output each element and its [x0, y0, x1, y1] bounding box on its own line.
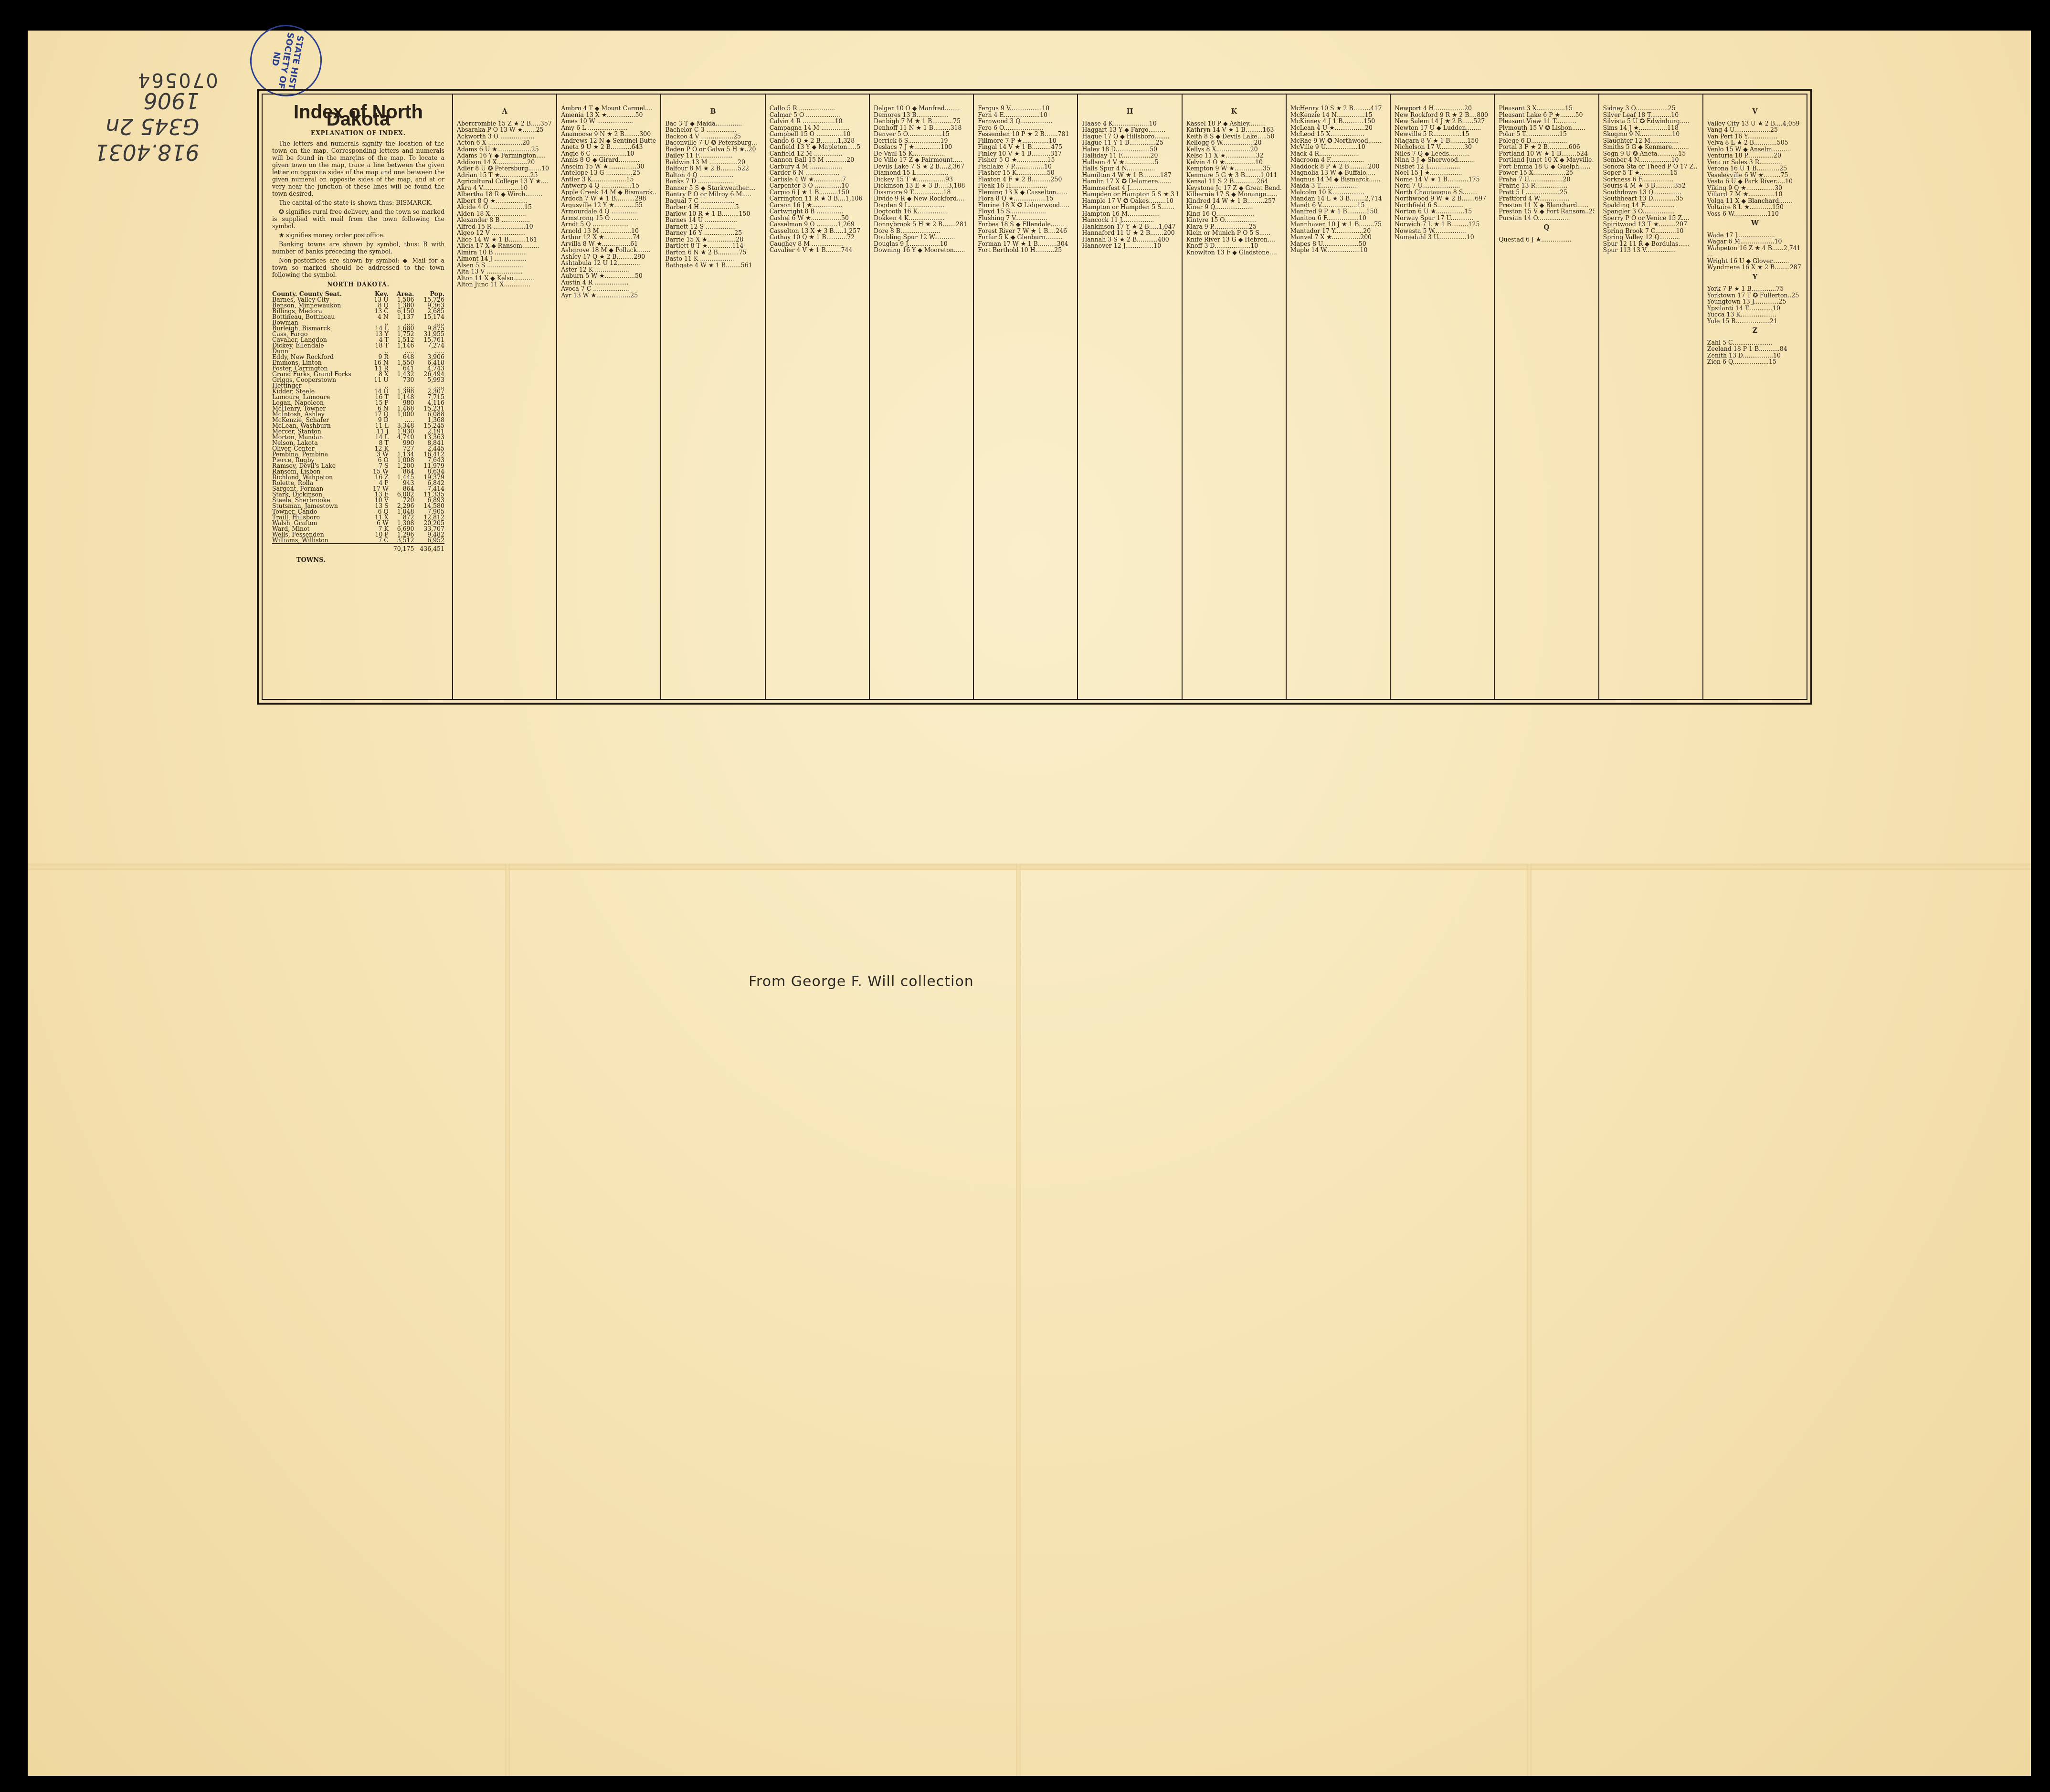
town-entry: York 7 P ★ 1 B.............75 [1707, 285, 1803, 292]
town-entry: New Salem 14 J ★ 2 B......527 [1395, 118, 1490, 125]
town-entry: Dickinson 13 E ★ 3 B.....3,188 [874, 182, 969, 189]
town-entry: Norton 6 U ★...............15 [1395, 208, 1490, 215]
town-entry: Van Pert 16 Y................ [1707, 133, 1803, 140]
town-entry: Nome 14 V ★ 1 B...........175 [1395, 176, 1490, 183]
letter-heading: Q [1499, 225, 1594, 232]
county-row: Williams, Williston7 C3,5126,952 [272, 538, 444, 544]
town-entry: Zeeland 18 P 1 B...........84 [1707, 346, 1803, 352]
town-entry: Haase 4 K...................10 [1082, 120, 1177, 127]
explanation-paragraph: The capital of the state is shown thus: … [272, 199, 444, 206]
town-entry: Niles 7 Q ◆ Leeds........... [1395, 150, 1490, 157]
town-entry: Casselton 13 X ★ 3 B.....1,257 [770, 228, 865, 234]
town-entry: Hannover 12 J...............10 [1082, 242, 1177, 249]
index-column: HHaase 4 K...................10Haggart 1… [1077, 95, 1181, 699]
town-entry: Sogn 9 U ✪ Aneta...........15 [1603, 150, 1699, 157]
town-entry: Ashgrove 18 M ◆ Pollack....... [561, 247, 656, 253]
town-entry: Newport 4 H................20 [1395, 105, 1490, 112]
index-column: Delger 10 O ◆ Manfred........Demores 13 … [869, 95, 973, 699]
town-entry: Hampden or Hampton 5 S ★ 3 B..200 [1082, 191, 1177, 198]
town-entry: Verona 16 U 1 B............25 [1707, 165, 1803, 172]
town-entry: Volga 11 X ◆ Blanchard....... [1707, 198, 1803, 204]
town-entry: Preston 15 V ◆ Fort Ransom..25 [1499, 208, 1594, 215]
town-entry: Doubling Spur 12 W........... [874, 234, 969, 241]
town-entry: Flasher 15 K................50 [978, 169, 1073, 176]
town-entry: North Chautauqua 8 S........ [1395, 189, 1490, 196]
town-entry: Adrian 15 T ★................25 [457, 172, 552, 179]
town-entry: Armstrong 15 O .............. [561, 215, 656, 221]
call-number-line: 918.4031 [95, 139, 200, 165]
town-entry: De Vaul 15 K................. [874, 150, 969, 157]
town-entry: Fergus 9 V.................10 [978, 105, 1073, 112]
town-entry: De Villo 17 Z ◆ Fairmount..... [874, 157, 969, 163]
town-entry: Douglas 9 J.................10 [874, 241, 969, 247]
town-entry: Alicia 17 X ◆ Ransom......... [457, 242, 552, 249]
town-entry: Southheart 13 D............35 [1603, 195, 1699, 202]
town-entry: Cavalier 4 V ★ 1 B........744 [770, 247, 865, 253]
town-entry: Forman 17 W ★ 1 B..........304 [978, 241, 1073, 247]
town-entry: Armourdale 4 Q .............. [561, 208, 656, 215]
town-entry: Callo 5 R ................... [770, 105, 865, 112]
town-entry: Ayr 13 W ★..................25 [561, 292, 656, 299]
town-entry: McVille 9 U.................10 [1290, 144, 1386, 150]
town-entry: Maida 3 T.................... [1290, 182, 1386, 189]
index-column: VValley City 13 U ★ 2 B....4,059Vang 4 U… [1702, 95, 1807, 699]
town-entry: Pleasant View 11 T........... [1499, 118, 1594, 125]
town-entry: Campagna 14 M ............... [770, 125, 865, 131]
town-entry: Ypsilanti 14 T.............10 [1707, 305, 1803, 312]
town-entry: Acton 6 X ..................20 [457, 139, 552, 146]
town-entry: Alice 14 W ★ 1 B.........161 [457, 236, 552, 243]
town-entry: Caughey 8 M ................. [770, 241, 865, 247]
town-entry: Akra 4 V....................10 [457, 185, 552, 191]
town-entry: Northwood 9 W ★ 2 B.......697 [1395, 195, 1490, 202]
explanation-paragraph: ✪ signifies rural free delivery, and the… [272, 208, 444, 230]
town-entry: Casselman 9 O ...........1,269 [770, 221, 865, 228]
town-entry: Spur 12 11 R ◆ Bordulas...... [1603, 241, 1699, 247]
town-entry: Manvel 7 X ★...............200 [1290, 234, 1386, 241]
index-column: Fergus 9 V.................10Fern 4 E...… [973, 95, 1077, 699]
town-entry: Dogtooth 16 K................ [874, 208, 969, 215]
towns-heading: TOWNS. [272, 557, 349, 564]
town-entry: Anamoose 9 N ★ 2 B........300 [561, 131, 656, 137]
town-entry: Venturia 18 P..............20 [1707, 152, 1803, 159]
town-entry: Zenith 13 D................10 [1707, 352, 1803, 359]
town-entry: Mandan 14 L ★ 3 B........2,714 [1290, 195, 1386, 202]
town-entry: Baden P O or Galva 5 H ★..20 [665, 146, 761, 153]
town-entry: Deslacs 7 J ★..............100 [874, 144, 969, 150]
town-entry: Manfred 9 P ★ 1 B..........150 [1290, 208, 1386, 215]
town-entry: Forfar 5 K ◆ Glenburn......... [978, 234, 1073, 241]
town-entry: Preston 11 X ◆ Blanchard...... [1499, 202, 1594, 209]
town-entry: Hancock 11 J................. [1082, 217, 1177, 223]
town-entry: McRae 9 W ✪ Northwood....... [1290, 137, 1386, 144]
town-entry: Hammerfest 4 J............... [1082, 185, 1177, 191]
town-entry: Maddock 8 P ★ 2 B..........200 [1290, 163, 1386, 170]
town-entry: Questad 6 J ★................ [1499, 236, 1594, 243]
index-intro-column: Index of North Dakota EXPLANATION OF IND… [263, 95, 452, 699]
town-entry: Voltaire 8 L ★............150 [1707, 204, 1803, 211]
town-entry: Fernwood 3 Q................. [978, 118, 1073, 125]
town-entry: McKenzie 14 N...............15 [1290, 112, 1386, 118]
town-entry: Canfield 12 M ............... [770, 150, 865, 157]
explanation-paragraph: Banking towns are shown by symbol, thus:… [272, 241, 444, 255]
town-entry: Malcolm 10 K................. [1290, 189, 1386, 196]
town-entry: Abercrombie 15 Z ★ 2 B.....357 [457, 120, 552, 127]
town-entry: Canfield 13 Y ◆ Mapleton.....5 [770, 144, 865, 150]
town-entry: Voss 6 W..................110 [1707, 211, 1803, 217]
town-entry: Barton 6 N ★ 2 B...........75 [665, 249, 761, 256]
town-entry: Bartlett 8 T ★.............114 [665, 242, 761, 249]
town-entry: Spring Brook 7 C...........10 [1603, 228, 1699, 234]
town-entry: Fort Berthold 10 H..........25 [978, 247, 1073, 253]
total-pop: 436,451 [414, 544, 444, 552]
town-entry: Hague 17 O ◆ Hillsboro........ [1082, 133, 1177, 140]
total-area: 70,175 [389, 544, 414, 552]
town-entry: Barney 16 Y ................25 [665, 230, 761, 236]
town-entry: Balton 4 Q .................. [665, 172, 761, 179]
town-entry: Mandt 6 V...................15 [1290, 202, 1386, 209]
town-entry: Keystone Jc 17 Z ◆ Great Bend. [1186, 185, 1282, 191]
town-entry: Silver Leaf 18 T...........10 [1603, 112, 1699, 118]
index-inner-frame: Index of North Dakota EXPLANATION OF IND… [262, 94, 1807, 700]
town-entry: Ashtabula 12 U 12............ [561, 260, 656, 266]
town-entry: Northfield 6 S.............. [1395, 202, 1490, 209]
town-entry: Mantador 17 Y...............20 [1290, 228, 1386, 234]
town-entry: Bantry P O or Milroy 6 M..... [665, 191, 761, 198]
town-entry: Amenia 13 X ★...............50 [561, 112, 656, 118]
town-entry: Alta 13 V ................... [457, 268, 552, 275]
town-entry: Avoca 7 C ................... [561, 285, 656, 292]
town-entry: Antelope 13 G ..............25 [561, 169, 656, 176]
town-entry: Kassel 18 P ◆ Ashley......... [1186, 120, 1282, 127]
town-entry: Kintyre 15 O................. [1186, 217, 1282, 223]
letter-heading: H [1082, 109, 1177, 116]
town-entry: Veseleyville 6 W ★.........75 [1707, 172, 1803, 179]
town-entry: Pursian 14 O................. [1499, 215, 1594, 221]
town-entry: Halls Spur 4 N............... [1082, 165, 1177, 172]
fold-line-horizontal [28, 864, 2031, 870]
town-entry: Cartwright 8 B .............. [770, 208, 865, 215]
fold-line-vertical [1016, 864, 1021, 1776]
town-entry: Wright 16 U ◆ Glover......... [1707, 258, 1803, 264]
town-entry: Knoff 3 D...................10 [1186, 242, 1282, 249]
town-entry: Kindred 14 W ★ 1 B.........257 [1186, 198, 1282, 204]
town-entry: Alexander 8 B ............... [457, 217, 552, 223]
town-entry: Newville 5 R...............15 [1395, 131, 1490, 137]
town-entry: Bachelor C 3 ................ [665, 126, 761, 133]
town-entry: Almira 10 B ................. [457, 249, 552, 256]
town-entry: Fleming 13 X ◆ Casselton...... [978, 189, 1073, 196]
letter-heading: Z [1707, 328, 1803, 335]
town-entry: Carpenter 3 O ..............10 [770, 182, 865, 189]
explanation-paragraph: ★ signifies money order postoffice. [272, 232, 444, 239]
town-entry: Yucca 13 K................... [1707, 311, 1803, 318]
town-entry: Amy 6 L ..................... [561, 125, 656, 131]
town-entry: Divide 9 R ◆ New Rockford.... [874, 195, 969, 202]
town-entry: Cashel 6 W ★................50 [770, 215, 865, 221]
town-entry: Fessenden 10 P ★ 2 B.......781 [978, 131, 1073, 137]
town-columns: AAbercrombie 15 Z ★ 2 B.....357Absaraka … [452, 95, 1807, 699]
town-entry: Sidney 3 Q.................25 [1603, 105, 1699, 112]
town-entry: Carrington 11 R ★ 3 B....1,106 [770, 195, 865, 202]
town-entry: Cathay 10 Q ★ 1 B...........72 [770, 234, 865, 241]
town-entry: Knife River 13 G ◆ Hebron.... [1186, 236, 1282, 243]
town-entry: Bac 3 T ◆ Maida.............. [665, 120, 761, 127]
town-entry: Denbigh 7 M ★ 1 B...........75 [874, 118, 969, 125]
county-row: Dickey, Ellendale18 T1,1467,274 [272, 343, 444, 348]
town-entry: Baldwin 13 M ...............20 [665, 159, 761, 166]
town-entry: Alton 11 X ◆ Kelso........... [457, 275, 552, 282]
town-entry: Port Emma 18 U ◆ Guelph...... [1499, 163, 1594, 170]
index-column: McHenry 10 S ★ 2 B.........417McKenzie 1… [1286, 95, 1390, 699]
town-entry: Zahl 5 C..................... [1707, 339, 1803, 346]
town-entry: Hamlin 17 X ✪ Delamere....... [1082, 178, 1177, 185]
town-entry: Baqual 7 C .................. [665, 198, 761, 204]
town-entry: Kellys 8 X..................20 [1186, 146, 1282, 153]
town-entry: Power 15 X.................25 [1499, 169, 1594, 176]
index-column: Pleasant 3 X...............15Pleasant La… [1494, 95, 1598, 699]
town-entry: Forest River 7 W ★ 1 B....246 [978, 228, 1073, 234]
town-entry: Arnold 13 M ................10 [561, 228, 656, 234]
town-entry: Balfour 8 M ★ 2 B.........522 [665, 165, 761, 172]
town-entry: Hannah 3 S ★ 2 B...........400 [1082, 236, 1177, 243]
town-entry: Almont 14 J ................. [457, 255, 552, 262]
town-entry: Kensal 11 S 2 B............264 [1186, 178, 1282, 185]
town-entry: McLeod 15 X.................. [1290, 131, 1386, 137]
town-entry: Alden 18 X................... [457, 211, 552, 217]
town-entry: Spur 113 13 V................ [1603, 247, 1699, 253]
town-entry: Denhoff 11 N ★ 1 B.........318 [874, 125, 969, 131]
town-entry: Arvilla 8 W ★...............61 [561, 241, 656, 247]
stamp-text: STATE HIST SOCIETY OF ND [265, 24, 306, 97]
town-entry: Praha 7 U..................20 [1499, 176, 1594, 183]
town-entry: Barrie 15 X ★...............28 [665, 236, 761, 243]
town-entry: Carson 16 J ★................ [770, 202, 865, 209]
fold-line-vertical [1527, 864, 1532, 1776]
town-entry: Dogden 9 L................... [874, 202, 969, 209]
town-entry: Klein or Munich P O 5 S...... [1186, 230, 1282, 236]
town-entry: Ardoch 7 W ★ 1 B..........298 [561, 195, 656, 202]
town-entry: Skogmo 9 N.................10 [1603, 131, 1699, 137]
town-entry: Fero 6 O..................... [978, 125, 1073, 131]
town-entry: Viking 9 Q ★...............30 [1707, 185, 1803, 191]
town-entry: Manitou 6 F.................10 [1290, 215, 1386, 221]
town-entry: Antwerp 4 Q ................15 [561, 182, 656, 189]
town-entry: Dore 8 B..................... [874, 228, 969, 234]
town-entry: Numedahl 3 U...............10 [1395, 234, 1490, 241]
town-entry: Southdown 13 Q............... [1603, 189, 1699, 196]
town-entry: Wade 17 J.................... [1707, 232, 1803, 239]
letter-heading: Y [1707, 274, 1803, 281]
town-entry: Banner 5 S ◆ Starkweather.... [665, 185, 761, 191]
town-entry: Donnybrook 5 H ★ 2 B.......281 [874, 221, 969, 228]
town-entry: Backoo 4 V .................25 [665, 133, 761, 140]
town-entry: Barber 4 H ..................5 [665, 204, 761, 211]
town-entry: Flora 8 Q ★.................15 [978, 195, 1073, 202]
town-entry: New Rockford 9 R ★ 2 B....800 [1395, 112, 1490, 118]
accession-number: 070564 [137, 69, 218, 91]
town-entry: Valley City 13 U ★ 2 B....4,059 [1707, 120, 1803, 127]
town-entry: Norway Spur 17 U............ [1395, 215, 1490, 221]
town-entry: Hankinson 17 Y ★ 2 B.....1,047 [1082, 223, 1177, 230]
town-entry: Flaxton 4 F ★ 2 B..........250 [978, 176, 1073, 183]
town-entry: Portland Junct 10 X ◆ Mayville. [1499, 157, 1594, 163]
index-column: Ambro 4 T ◆ Mount Carmel....Amenia 13 X … [556, 95, 660, 699]
town-entry: McLean 4 U ★................20 [1290, 125, 1386, 131]
town-entry: Apple Creek 14 M ◆ Bismarck.. [561, 189, 656, 196]
town-entry: Cannon Ball 15 M ...........20 [770, 157, 865, 163]
town-entry: Alcide 4 O ..................15 [457, 204, 552, 211]
town-entry: Denver 5 O..................15 [874, 131, 969, 137]
town-entry: Dickey 15 T ★...............93 [874, 176, 969, 183]
town-entry: Slaughter 12 M............... [1603, 137, 1699, 144]
town-entry: Kathryn 14 V ★ 1 B.........163 [1186, 126, 1282, 133]
town-entry: Barlow 10 R ★ 1 B.........150 [665, 211, 761, 217]
letter-heading: A [457, 109, 552, 116]
town-entry: Fleak 16 H................... [978, 182, 1073, 189]
town-entry: Hampton or Hampden 5 S....... [1082, 204, 1177, 211]
town-entry: Addison 14 X................20 [457, 159, 552, 166]
town-entry: Sorkness 6 F................. [1603, 176, 1699, 183]
town-entry: King 16 Q.................... [1186, 211, 1282, 217]
town-entry: Barnett 12 S ................ [665, 223, 761, 230]
town-entry: Newton 17 U ◆ Ludden........ [1395, 125, 1490, 131]
town-entry: ... [1707, 251, 1803, 258]
letter-heading: K [1186, 109, 1282, 116]
town-entry: Magnus 14 M ◆ Bismarck...... [1290, 176, 1386, 183]
town-entry: Silvista 5 U ✪ Edwinburg..... [1603, 118, 1699, 125]
town-entry: Pleasant Lake 6 P ★........50 [1499, 112, 1594, 118]
town-entry: Sonora Sta or Theed P O 17 Z.. [1603, 163, 1699, 170]
town-entry: Yule 15 B..................21 [1707, 318, 1803, 325]
town-entry: McHenry 10 S ★ 2 B.........417 [1290, 105, 1386, 112]
town-entry: Haley 18 D..................50 [1082, 146, 1177, 153]
town-entry: Adams 16 Y ◆ Farmington..... [457, 152, 552, 159]
town-entry: Hallson 4 V ★................5 [1082, 159, 1177, 166]
town-entry: Spiritwood 13 T ★.........207 [1603, 221, 1699, 228]
town-entry: Hague 11 Y 1 B..............25 [1082, 139, 1177, 146]
town-entry: Spangler 3 O................. [1603, 208, 1699, 215]
map-sheet: 918.4031 G345 2n 1906 070564 STATE HIST … [28, 31, 2031, 1776]
letter-heading: V [1707, 109, 1803, 116]
town-entry: Cando 6 Q ★ 2 B.........1,328 [770, 137, 865, 144]
town-entry: Niagara 8 V ★ 1 B.........150 [1395, 137, 1490, 144]
town-entry: Youngtown 13 J.............25 [1707, 298, 1803, 305]
town-entry: Villard 7 M ★..............10 [1707, 191, 1803, 198]
index-column: Sidney 3 Q.................25Silver Leaf… [1598, 95, 1702, 699]
town-entry: Calvin 4 R .................10 [770, 118, 865, 125]
town-entry: Barnes 14 U ................. [665, 217, 761, 223]
town-entry: McKinney 4 J 1 B...........150 [1290, 118, 1386, 125]
town-entry: Soper 5 T ★................15 [1603, 169, 1699, 176]
town-entry: Polar 5 T..................15 [1499, 131, 1594, 137]
town-entry: Forbes 18 S ◆ Ellendale....... [978, 221, 1073, 228]
index-column: Callo 5 R ...................Calmar 5 O … [765, 95, 869, 699]
town-entry: Vesta 6 U ◆ Park River.....10 [1707, 178, 1803, 185]
town-entry: Kelso 11 X ★................32 [1186, 152, 1282, 159]
town-entry: Smiths 5 G ◆ Kenmare......... [1603, 144, 1699, 150]
letter-heading: B [665, 109, 761, 116]
town-entry: Maple 14 W..................10 [1290, 247, 1386, 253]
town-entry: Angie 6 C ..................10 [561, 150, 656, 157]
town-entry: Adams 6 U ★..................25 [457, 146, 552, 153]
town-entry: Haggart 13 Y ◆ Fargo......... [1082, 126, 1177, 133]
town-entry: Hampton 16 M................. [1082, 211, 1177, 217]
letter-heading: W [1707, 221, 1803, 227]
town-entry: Keith 8 S ◆ Devils Lake.....50 [1186, 133, 1282, 140]
county-name: Williams, Williston [272, 538, 370, 544]
call-number-line: 1906 [95, 88, 200, 114]
collection-note: From George F. Will collection [749, 973, 974, 990]
town-entry: Andrews 12 N ◆ Sentinel Butte. [561, 137, 656, 144]
town-entry: Mapes 8 U...................50 [1290, 241, 1386, 247]
town-entry: Knowlton 13 F ◆ Gladstone.... [1186, 249, 1282, 256]
town-entry: Norwich 7 L ★ 1 B.........125 [1395, 221, 1490, 228]
town-entry: Noel 15 J ★................. [1395, 169, 1490, 176]
town-entry: Nord 7 U.................... [1395, 182, 1490, 189]
town-entry: Mannhaven 10 J ★ 1 B........75 [1290, 221, 1386, 228]
town-entry: Aneta 9 U ★ 2 B...........643 [561, 144, 656, 150]
town-entry: Carpio 6 J ★ 1 B..........150 [770, 189, 865, 196]
town-entry: Kellogg 6 W.................20 [1186, 139, 1282, 146]
town-entry: Arthur 12 X ★...............74 [561, 234, 656, 241]
town-entry: Derrick 6 S.................19 [874, 137, 969, 144]
town-entry: Plymouth 15 V ✪ Lisbon....... [1499, 125, 1594, 131]
town-entry: Kiner 9 Q.................... [1186, 204, 1282, 211]
town-entry: Austin 4 R .................. [561, 279, 656, 286]
index-title: Index of North Dakota [272, 109, 444, 123]
town-entry: Sims 14 J ★...............118 [1603, 125, 1699, 131]
town-entry: Aster 12 K .................. [561, 266, 656, 273]
town-entry: Absaraka P O 13 W ★.......25 [457, 126, 552, 133]
town-entry: Alton Junc 11 X.............. [457, 281, 552, 288]
town-entry: Campbell 15 O ..............10 [770, 131, 865, 137]
index-column: Newport 4 H................20New Rockfor… [1390, 95, 1494, 699]
town-entry: Klara 9 P...................25 [1186, 223, 1282, 230]
town-entry: Wahpeton 16 Z ★ 4 B......2,741 [1707, 245, 1803, 252]
fold-line-vertical [505, 864, 510, 1776]
town-entry: Floyd 15 S................... [978, 208, 1073, 215]
town-entry: Hannaford 11 U ★ 2 B.......200 [1082, 230, 1177, 236]
town-entry: Wyndmere 16 X ★ 2 B........287 [1707, 264, 1803, 271]
town-entry: Albert 8 Q ★................. [457, 198, 552, 204]
town-entry: Fern 4 E...................10 [978, 112, 1073, 118]
town-entry: Diamond 15 L................. [874, 169, 969, 176]
town-entry: Carder 6 N .................. [770, 169, 865, 176]
town-entry: Flushing 7 V................. [978, 215, 1073, 221]
town-entry: Kelvin 4 O ★................10 [1186, 159, 1282, 166]
town-entry: Vang 4 U...................25 [1707, 126, 1803, 133]
state-heading: NORTH DAKOTA. [272, 281, 444, 288]
town-entry: Ashley 17 Q ★ 2 B.........290 [561, 253, 656, 260]
town-entry: Hamilton 4 W ★ 1 B.........187 [1082, 172, 1177, 179]
town-entry: Fishlake 7 P................10 [978, 163, 1073, 170]
town-entry: Hample 17 V ✪ Oakes.........10 [1082, 198, 1177, 204]
index-column: AAbercrombie 15 Z ★ 2 B.....357Absaraka … [452, 95, 556, 699]
town-entry: Pratt 5 L..................25 [1499, 189, 1594, 196]
town-entry: Mack 4 R..................... [1290, 150, 1386, 157]
town-entry: Bailey 11 F.................. [665, 152, 761, 159]
town-entry: Velva 8 L ★ 2 B............505 [1707, 139, 1803, 146]
call-number-line: G345 2n [95, 114, 200, 139]
town-entry: Polege 6 D................... [1499, 137, 1594, 144]
town-entry: Algeo 12 V .................. [457, 230, 552, 236]
town-entry: Souris 4 M ★ 3 B..........352 [1603, 182, 1699, 189]
town-entry: Ambro 4 T ◆ Mount Carmel.... [561, 105, 656, 112]
handwritten-call-number: 918.4031 G345 2n 1906 [95, 88, 200, 165]
town-entry: Venlo 15 W ◆ Anselm.......... [1707, 146, 1803, 153]
town-entry: Carbury 4 M ................. [770, 163, 865, 170]
